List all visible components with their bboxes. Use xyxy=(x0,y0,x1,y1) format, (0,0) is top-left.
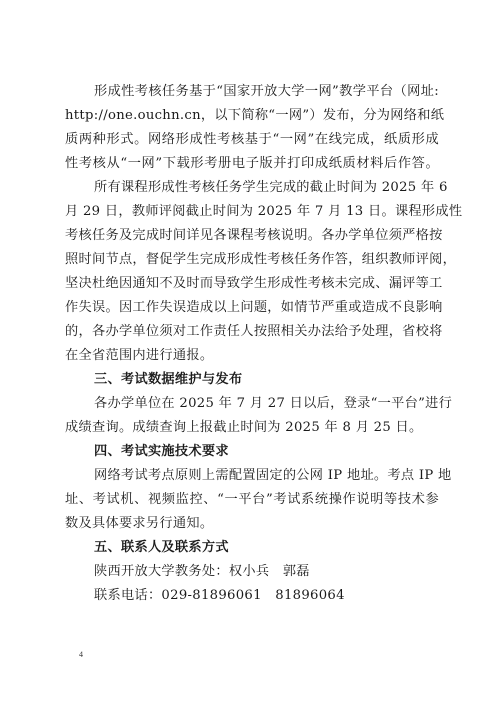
text-line: 所有课程形成性考核任务学生完成的截止时间为 2025 年 6 xyxy=(65,176,439,200)
contact-phone: 联系电话：029-81896061 81896064 xyxy=(65,584,439,608)
section-data-release: 三、考试数据维护与发布 各办学单位在 2025 年 7 月 27 日以后，登录“… xyxy=(65,368,439,440)
page-number: 4 xyxy=(79,650,83,659)
text-line: 各办学单位在 2025 年 7 月 27 日以后，登录“一平台”进行 xyxy=(65,392,439,416)
paragraph-deadlines: 所有课程形成性考核任务学生完成的截止时间为 2025 年 6 月 29 日，教师… xyxy=(65,176,439,368)
text-line: 坚决杜绝因通知不及时而导致学生形成性考核未完成、漏评等工 xyxy=(65,272,439,296)
contact-office: 陕西开放大学教务处：权小兵 郭磊 xyxy=(65,560,439,584)
text-line: 作失误。因工作失误造成以上问题，如情节严重或造成不良影响 xyxy=(65,296,439,320)
text-line: 月 29 日，教师评阅截止时间为 2025 年 7 月 13 日。课程形成性 xyxy=(65,200,439,224)
paragraph-formative-assessment: 形成性考核任务基于“国家开放大学一网”教学平台（网址: http://one.o… xyxy=(65,80,439,176)
text-line: 性考核从“一网”下载形考册电子版并打印成纸质材料后作答。 xyxy=(65,152,439,176)
text-line: http://one.ouchn.cn，以下简称“一网”）发布，分为网络和纸 xyxy=(65,104,439,128)
text-line: 网络考试考点原则上需配置固定的公网 IP 地址。考点 IP 地 xyxy=(65,464,439,488)
section-technical-requirements: 四、考试实施技术要求 网络考试考点原则上需配置固定的公网 IP 地址。考点 IP… xyxy=(65,440,439,536)
section-heading: 三、考试数据维护与发布 xyxy=(65,368,439,392)
document-page: 形成性考核任务基于“国家开放大学一网”教学平台（网址: http://one.o… xyxy=(0,0,499,706)
text-line: 照时间节点，督促学生完成形成性考核任务作答，组织教师评阅， xyxy=(65,248,439,272)
text-line: 址、考试机、视频监控、“一平台”考试系统操作说明等技术参 xyxy=(65,488,439,512)
section-contacts: 五、联系人及联系方式 陕西开放大学教务处：权小兵 郭磊 联系电话：029-818… xyxy=(65,536,439,608)
text-line: 的，各办学单位须对工作责任人按照相关办法给予处理，省校将 xyxy=(65,320,439,344)
text-line: 数及具体要求另行通知。 xyxy=(65,512,439,536)
text-line: 成绩查询。成绩查询上报截止时间为 2025 年 8 月 25 日。 xyxy=(65,416,439,440)
section-heading: 五、联系人及联系方式 xyxy=(65,536,439,560)
document-body: 形成性考核任务基于“国家开放大学一网”教学平台（网址: http://one.o… xyxy=(65,80,439,608)
text-line: 形成性考核任务基于“国家开放大学一网”教学平台（网址: xyxy=(65,80,439,104)
text-line: 在全省范围内进行通报。 xyxy=(65,344,439,368)
text-line: 考核任务及完成时间详见各课程考核说明。各办学单位须严格按 xyxy=(65,224,439,248)
text-line: 质两种形式。网络形成性考核基于“一网”在线完成，纸质形成 xyxy=(65,128,439,152)
section-heading: 四、考试实施技术要求 xyxy=(65,440,439,464)
